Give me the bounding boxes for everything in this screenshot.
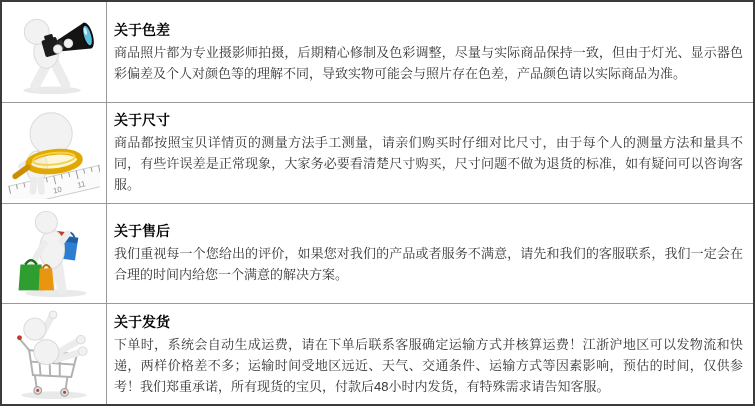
shopping-cart-icon	[2, 304, 107, 404]
notice-text-size: 关于尺寸 商品都按照宝贝详情页的测量方法手工测量，请亲们购买时仔细对比尺寸，由于…	[107, 103, 753, 203]
notice-body: 商品都按照宝贝详情页的测量方法手工测量，请亲们购买时仔细对比尺寸，由于每个人的测…	[114, 132, 743, 195]
notice-row-after-sales: 关于售后 我们重视每一个您给出的评价，如果您对我们的产品或者服务不满意，请先和我…	[2, 203, 753, 304]
notice-row-size: 10 11 关于尺寸 商品都按照宝贝详情页的测量方法手工测量，请亲们购买时仔细对…	[2, 102, 753, 203]
store-notice-panel: 关于色差 商品照片都为专业摄影师拍摄，后期精心修制及色彩调整，尽量与实际商品保持…	[0, 0, 755, 406]
notice-text-after-sales: 关于售后 我们重视每一个您给出的评价，如果您对我们的产品或者服务不满意，请先和我…	[107, 204, 753, 304]
notice-title: 关于发货	[114, 312, 743, 332]
magnifier-ruler-icon: 10 11	[2, 103, 107, 203]
notice-body: 下单时，系统会自动生成运费，请在下单后联系客服确定运输方式并核算运费！江浙沪地区…	[114, 334, 743, 397]
notice-title: 关于尺寸	[114, 110, 743, 130]
notice-body: 我们重视每一个您给出的评价，如果您对我们的产品或者服务不满意，请先和我们的客服联…	[114, 243, 743, 285]
photographer-camera-icon	[2, 2, 107, 102]
notice-text-color-difference: 关于色差 商品照片都为专业摄影师拍摄，后期精心修制及色彩调整，尽量与实际商品保持…	[107, 2, 753, 102]
notice-title: 关于售后	[114, 221, 743, 241]
shopping-bags-icon	[2, 204, 107, 304]
notice-text-shipping: 关于发货 下单时，系统会自动生成运费，请在下单后联系客服确定运输方式并核算运费！…	[107, 304, 753, 404]
notice-row-shipping: 关于发货 下单时，系统会自动生成运费，请在下单后联系客服确定运输方式并核算运费！…	[2, 303, 753, 404]
notice-title: 关于色差	[114, 20, 743, 40]
notice-row-color-difference: 关于色差 商品照片都为专业摄影师拍摄，后期精心修制及色彩调整，尽量与实际商品保持…	[2, 2, 753, 102]
notice-body: 商品照片都为专业摄影师拍摄，后期精心修制及色彩调整，尽量与实际商品保持一致，但由…	[114, 42, 743, 84]
